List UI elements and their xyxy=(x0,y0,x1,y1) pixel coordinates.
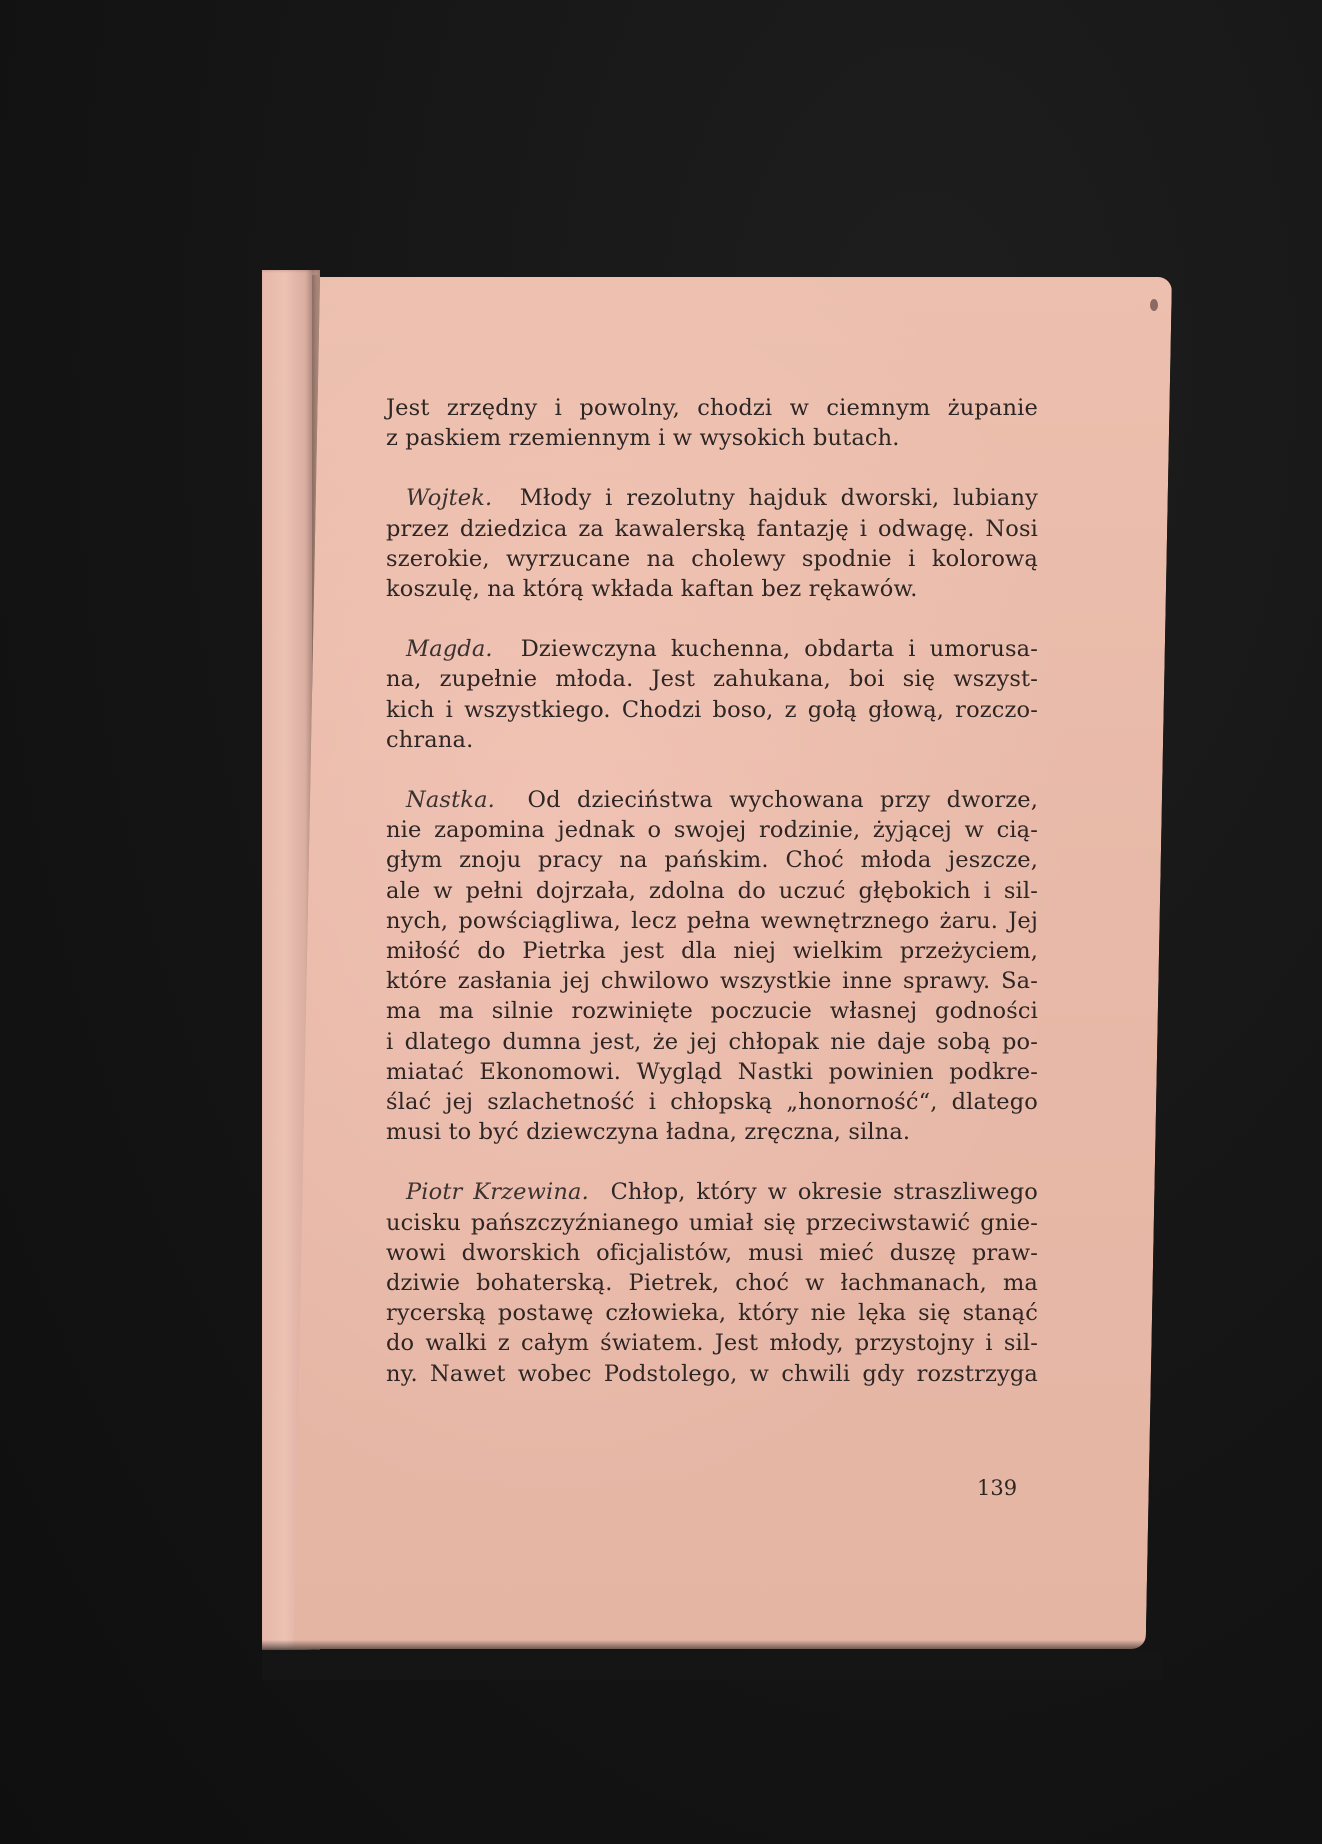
text-line: koszulę, na którą wkłada kaftan bez ręka… xyxy=(386,574,1038,604)
text-line: Wojtek. Młody i rezolutny hajduk dworski… xyxy=(386,483,1038,513)
text-line: Magda. Dziewczyna kuchenna, obdarta i um… xyxy=(386,634,1038,664)
text-line: do walki z całym światem. Jest młody, pr… xyxy=(386,1328,1038,1358)
text-line: rycerską postawę człowieka, który nie lę… xyxy=(386,1298,1038,1328)
page-number: 139 xyxy=(977,1476,1017,1500)
text-line: ny. Nawet wobec Podstolego, w chwili gdy… xyxy=(386,1359,1038,1389)
text-line: chrana. xyxy=(386,725,1038,755)
text-line: ślać jej szlachetność i chłopską „honorn… xyxy=(386,1087,1038,1117)
text-line: miatać Ekonomowi. Wygląd Nastki powinien… xyxy=(386,1057,1038,1087)
text-line: Nastka. Od dzieciństwa wychowana przy dw… xyxy=(386,785,1038,815)
text-line: kich i wszystkiego. Chodzi boso, z gołą … xyxy=(386,695,1038,725)
text-line: dziwie bohaterską. Pietrek, choć w łachm… xyxy=(386,1268,1038,1298)
text-line: nie zapomina jednak o swojej rodzinie, ż… xyxy=(386,815,1038,845)
text-line: musi to być dziewczyna ładna, zręczna, s… xyxy=(386,1117,1038,1147)
text-line: ale w pełni dojrzała, zdolna do uczuć gł… xyxy=(386,876,1038,906)
character-name: Magda. xyxy=(406,636,493,662)
character-name: Nastka. xyxy=(406,787,495,813)
paragraph-magda: Magda. Dziewczyna kuchenna, obdarta i um… xyxy=(386,634,1038,755)
character-name: Piotr Krzewina. xyxy=(406,1179,589,1205)
text-line: które zasłania jej chwilowo wszystkie in… xyxy=(386,966,1038,996)
text-line: z paskiem rzemiennym i w wysokich butach… xyxy=(386,423,1038,453)
page-text: Jest zrzędny i powolny, chodzi w ciemnym… xyxy=(386,393,1038,1419)
paragraph-piotr-krzewina: Piotr Krzewina. Chłop, który w okresie s… xyxy=(386,1177,1038,1388)
character-name: Wojtek. xyxy=(406,485,492,511)
text-line: Jest zrzędny i powolny, chodzi w ciemnym… xyxy=(386,393,1038,423)
text-line: przez dziedzica za kawalerską fantazję i… xyxy=(386,514,1038,544)
text-line: miłość do Pietrka jest dla niej wielkim … xyxy=(386,936,1038,966)
page-shadow xyxy=(262,1640,1162,1680)
paragraph-intro: Jest zrzędny i powolny, chodzi w ciemnym… xyxy=(386,393,1038,453)
text-line: nych, powściągliwa, lecz pełna wewnętrzn… xyxy=(386,906,1038,936)
text-line: głym znoju pracy na pańskim. Choć młoda … xyxy=(386,845,1038,875)
text-line: Piotr Krzewina. Chłop, który w okresie s… xyxy=(386,1177,1038,1207)
paragraph-nastka: Nastka. Od dzieciństwa wychowana przy dw… xyxy=(386,785,1038,1147)
paragraph-wojtek: Wojtek. Młody i rezolutny hajduk dworski… xyxy=(386,483,1038,604)
text-line: na, zupełnie młoda. Jest zahukana, boi s… xyxy=(386,664,1038,694)
paper-stain xyxy=(1150,299,1158,311)
text-line: ma ma silnie rozwinięte poczucie własnej… xyxy=(386,996,1038,1026)
text-line: szerokie, wyrzucane na cholewy spodnie i… xyxy=(386,544,1038,574)
text-line: wowi dworskich oficjalistów, musi mieć d… xyxy=(386,1238,1038,1268)
text-line: i dlatego dumna jest, że jej chłopak nie… xyxy=(386,1027,1038,1057)
text-line: ucisku pańszczyźnianego umiał się przeci… xyxy=(386,1208,1038,1238)
